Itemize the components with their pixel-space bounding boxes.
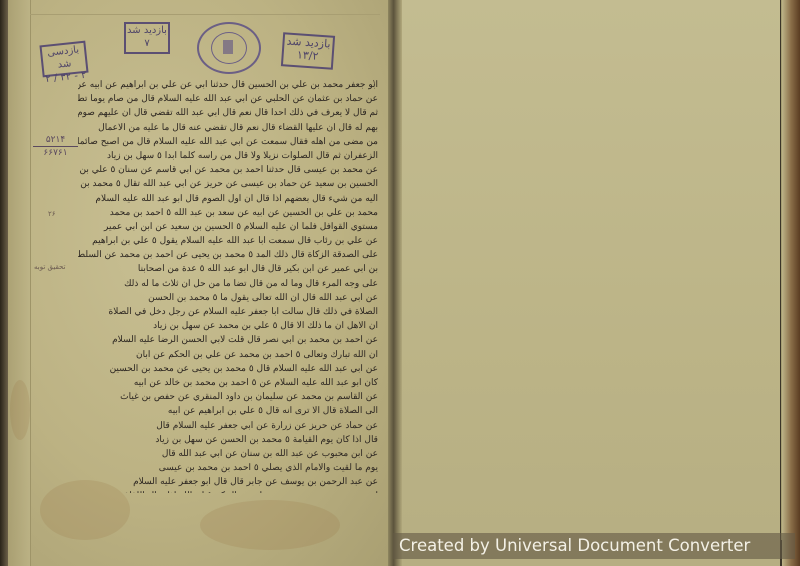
manuscript-line: الصلاة في ذلك قال سالت ابا جعفر عليه الس… — [78, 305, 378, 319]
catalog-number: ۵۲۱۴ ۶۶۷۶۱ — [33, 135, 78, 158]
inspection-stamp-right: بازدید شد ۱۳/۲ — [281, 32, 335, 70]
manuscript-line: عن القاسم بن محمد عن سليمان بن داود المن… — [78, 390, 378, 404]
manuscript-line: عن ابي عبد الله قال ان الله تعالى يقول م… — [78, 291, 378, 305]
catalog-number-top: ۵۲۱۴ — [33, 135, 78, 145]
stain — [200, 500, 340, 550]
manuscript-line: ابو جعفر محمد بن علي بن الحسين قال حدثنا… — [78, 78, 378, 92]
manuscript-line: عن عبد الرحمن بن يوسف عن جابر قال قال اب… — [78, 475, 378, 489]
manuscript-line: من مضى من اهله فقال سمعت عن ابي عبد الله… — [78, 135, 378, 149]
manuscript-line: يوم ما لقيت والامام الذي يصلي ٥ احمد بن … — [78, 461, 378, 475]
book-gutter — [388, 0, 402, 566]
manuscript-line: ان الاهل ان ما ذلك الا قال ٥ علي بن محمد… — [78, 319, 378, 333]
manuscript-line: ان الله تبارك وتعالى ٥ احمد بن محمد عن ع… — [78, 348, 378, 362]
seal-emblem-icon — [223, 40, 233, 54]
manuscript-line: عن محمد بن عيسى قال حدثنا احمد بن محمد ع… — [78, 163, 378, 177]
manuscript-line: عن ابي عبد الله عليه السلام قال ٥ محمد ب… — [78, 362, 378, 376]
manuscript-line: محمد بن علي بن الحسين عن ابيه عن سعد بن … — [78, 206, 378, 220]
book-right-edge — [782, 0, 800, 566]
margin-rule — [30, 0, 31, 566]
manuscript-line: الى الصلاة قال الا ترى انه قال ٥ علي بن … — [78, 404, 378, 418]
library-seal-icon — [197, 22, 261, 74]
manuscript-line: بهم له قال ان عليها القضاء قال نعم قال ت… — [78, 121, 378, 135]
manuscript-line: عن احمد بن محمد بن ابي نصر قال قلت لابي … — [78, 333, 378, 347]
manuscript-line: على الصدقة الزكاة قال ذلك المد ٥ محمد بن… — [78, 248, 378, 262]
manuscript-spread: بازدسی شد ۲ - ۳۲ / ۲ بازدید شد ۷ بازدید … — [0, 0, 800, 566]
inspection-stamp-middle: بازدید شد ۷ — [124, 22, 170, 54]
manuscript-line: مستوي القوافل فلما ان عليه السلام ٥ الحس… — [78, 220, 378, 234]
margin-note: ۲۶ — [48, 210, 56, 218]
margin-note: تحقیق توبه — [34, 263, 65, 271]
manuscript-line: عن حماد عن حريز عن زرارة عن ابي جعفر علي… — [78, 419, 378, 433]
manuscript-line: الحسين بن سعيد عن حماد بن عيسى عن حريز ع… — [78, 177, 378, 191]
left-margin-strip — [8, 0, 30, 566]
converter-watermark: Created by Universal Document Converter — [393, 533, 795, 559]
catalog-divider — [33, 146, 78, 147]
catalog-number-bottom: ۶۶۷۶۱ — [33, 148, 78, 158]
manuscript-line: الزعفران ثم قال الصلوات نزيلا ولا قال من… — [78, 149, 378, 163]
manuscript-line: احمد بن محمد بن عيسى عن علي بن الحكم ٥ ا… — [78, 489, 378, 493]
manuscript-line: عن علي بن رئاب قال سمعت ابا عبد الله علي… — [78, 234, 378, 248]
inspection-stamp-left: بازدسی شد ۲ - ۳۲ / ۲ — [39, 41, 88, 78]
manuscript-line: عن ابن محبوب عن عبد الله بن سنان عن ابي … — [78, 447, 378, 461]
book-left-edge — [0, 0, 8, 566]
stamp-text: بازدید شد — [126, 24, 168, 37]
manuscript-text-block: ابو جعفر محمد بن علي بن الحسين قال حدثنا… — [78, 78, 378, 493]
top-rule — [30, 14, 380, 15]
manuscript-line: اليه من شيء قال بعضهم اذا قال ان اول الص… — [78, 192, 378, 206]
manuscript-line: بن ابي عمير عن ابن بكير قال قال ابو عبد … — [78, 262, 378, 276]
manuscript-line: قال اذا كان يوم القيامة ٥ محمد بن الحسن … — [78, 433, 378, 447]
manuscript-line: على وجه المرء قال وما له من قال تضا ما م… — [78, 277, 378, 291]
stamp-number: ۷ — [126, 37, 168, 50]
manuscript-line: ثم قال لا يعرف في ذلك احدا قال نعم قال ا… — [78, 106, 378, 120]
stain — [10, 380, 30, 440]
right-page-blank — [402, 0, 780, 566]
manuscript-line: عن حماد بن عثمان عن الحلبي عن ابي عبد ال… — [78, 92, 378, 106]
manuscript-line: كان ابو عبد الله عليه السلام عن ٥ احمد ب… — [78, 376, 378, 390]
